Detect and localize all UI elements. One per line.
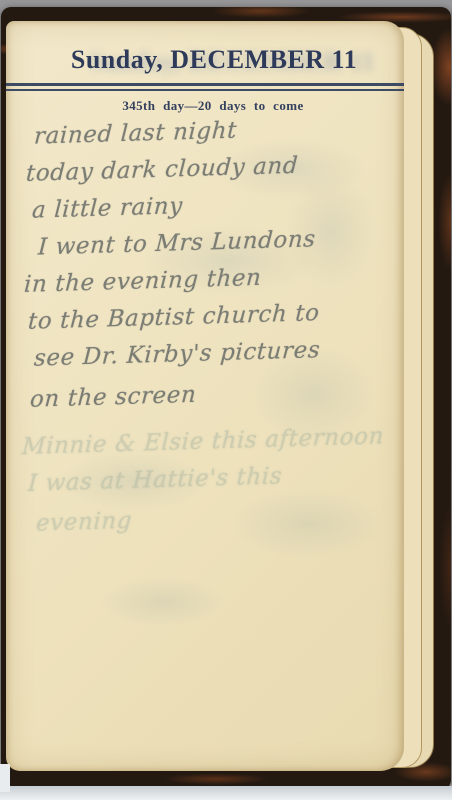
show-through-stain bbox=[101, 577, 226, 627]
double-rule-divider bbox=[6, 83, 404, 91]
scanner-background-corner bbox=[0, 764, 10, 792]
page-title: Sunday, DECEMBER 11 bbox=[32, 45, 396, 75]
bleed-through-entry: Minnie & Elsie this afternoon I was at H… bbox=[22, 429, 402, 545]
diary-page: Sunday, DECEMBER 11 345th day—20 days to… bbox=[6, 21, 404, 771]
printed-header: Sunday, DECEMBER 11 345th day—20 days to… bbox=[6, 21, 404, 114]
handwritten-entry: rained last night today dark cloudy and … bbox=[20, 119, 404, 422]
scanned-diary-photo: Sunday, DECEMBER 11 345th day—20 days to… bbox=[0, 0, 452, 800]
scanner-background-bottom bbox=[0, 786, 452, 800]
